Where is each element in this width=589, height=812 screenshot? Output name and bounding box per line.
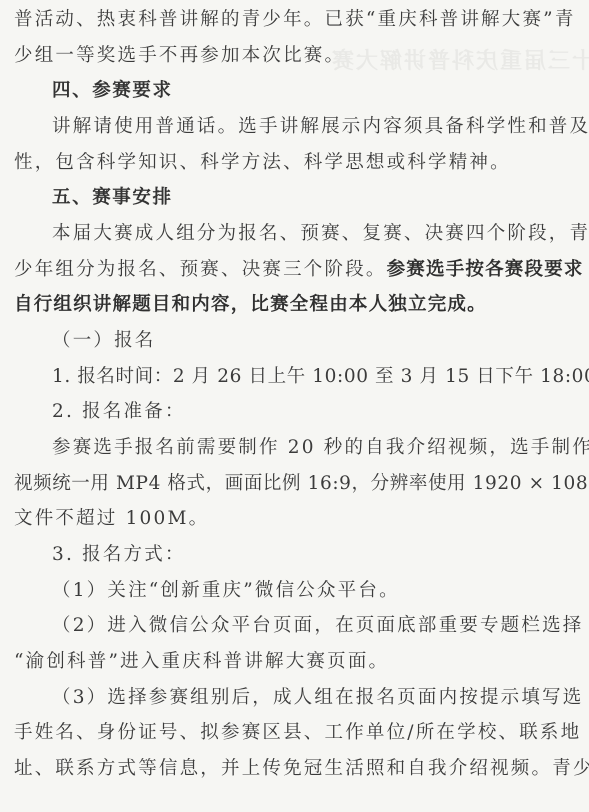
- section-heading-requirements: 四、参赛要求: [52, 79, 589, 103]
- paragraph-line-bold: 自行组织讲解题目和内容，比赛全程由本人独立完成。: [14, 293, 589, 317]
- list-item-step-1: （1）关注“创新重庆”微信公众平台。: [52, 579, 589, 603]
- paragraph-line: 少组一等奖选手不再参加本次比赛。: [14, 44, 589, 68]
- paragraph-line: 视频统一用 MP4 格式，画面比例 16:9，分辨率使用 1920 × 1080…: [14, 472, 589, 496]
- paragraph-line: 普活动、热衷科普讲解的青少年。已获“重庆科普讲解大赛”青: [14, 8, 589, 32]
- paragraph-line: 址、联系方式等信息，并上传免冠生活照和自我介绍视频。青少: [14, 757, 589, 781]
- paragraph-text-bold: 参赛选手按各赛段要求: [387, 259, 584, 280]
- paragraph-line-mixed: 少年组分为报名、预赛、决赛三个阶段。参赛选手按各赛段要求: [14, 258, 589, 282]
- list-item-registration-method: 3. 报名方式：: [52, 543, 589, 567]
- list-item-registration-prep: 2. 报名准备：: [52, 400, 589, 424]
- list-item-step-2: （2）进入微信公众平台页面，在页面底部重要专题栏选择: [52, 614, 589, 638]
- list-item-step-3: （3）选择参赛组别后，成人组在报名页面内按提示填写选: [52, 686, 589, 710]
- paragraph-line: 本届大赛成人组分为报名、预赛、复赛、决赛四个阶段，青: [52, 222, 589, 246]
- paragraph-line: 讲解请使用普通话。选手讲解展示内容须具备科学性和普及: [52, 115, 589, 139]
- section-heading-schedule: 五、赛事安排: [52, 186, 589, 210]
- paragraph-text-normal: 少年组分为报名、预赛、决赛三个阶段。: [14, 259, 387, 280]
- paragraph-line: “渝创科普”进入重庆科普讲解大赛页面。: [14, 650, 589, 674]
- list-item-registration-time: 1. 报名时间：2 月 26 日上午 10:00 至 3 月 15 日下午 18…: [52, 365, 589, 389]
- document-page: 第十三届重庆科普讲解大赛 普活动、热衷科普讲解的青少年。已获“重庆科普讲解大赛”…: [0, 0, 589, 812]
- paragraph-line: 文件不超过 100M。: [14, 507, 589, 531]
- subsection-heading-registration: （一）报名: [52, 329, 589, 353]
- paragraph-line: 手姓名、身份证号、拟参赛区县、工作单位/所在学校、联系地: [14, 721, 589, 745]
- paragraph-line: 参赛选手报名前需要制作 20 秒的自我介绍视频，选手制作: [52, 436, 589, 460]
- paragraph-line: 性，包含科学知识、科学方法、科学思想或科学精神。: [14, 151, 589, 175]
